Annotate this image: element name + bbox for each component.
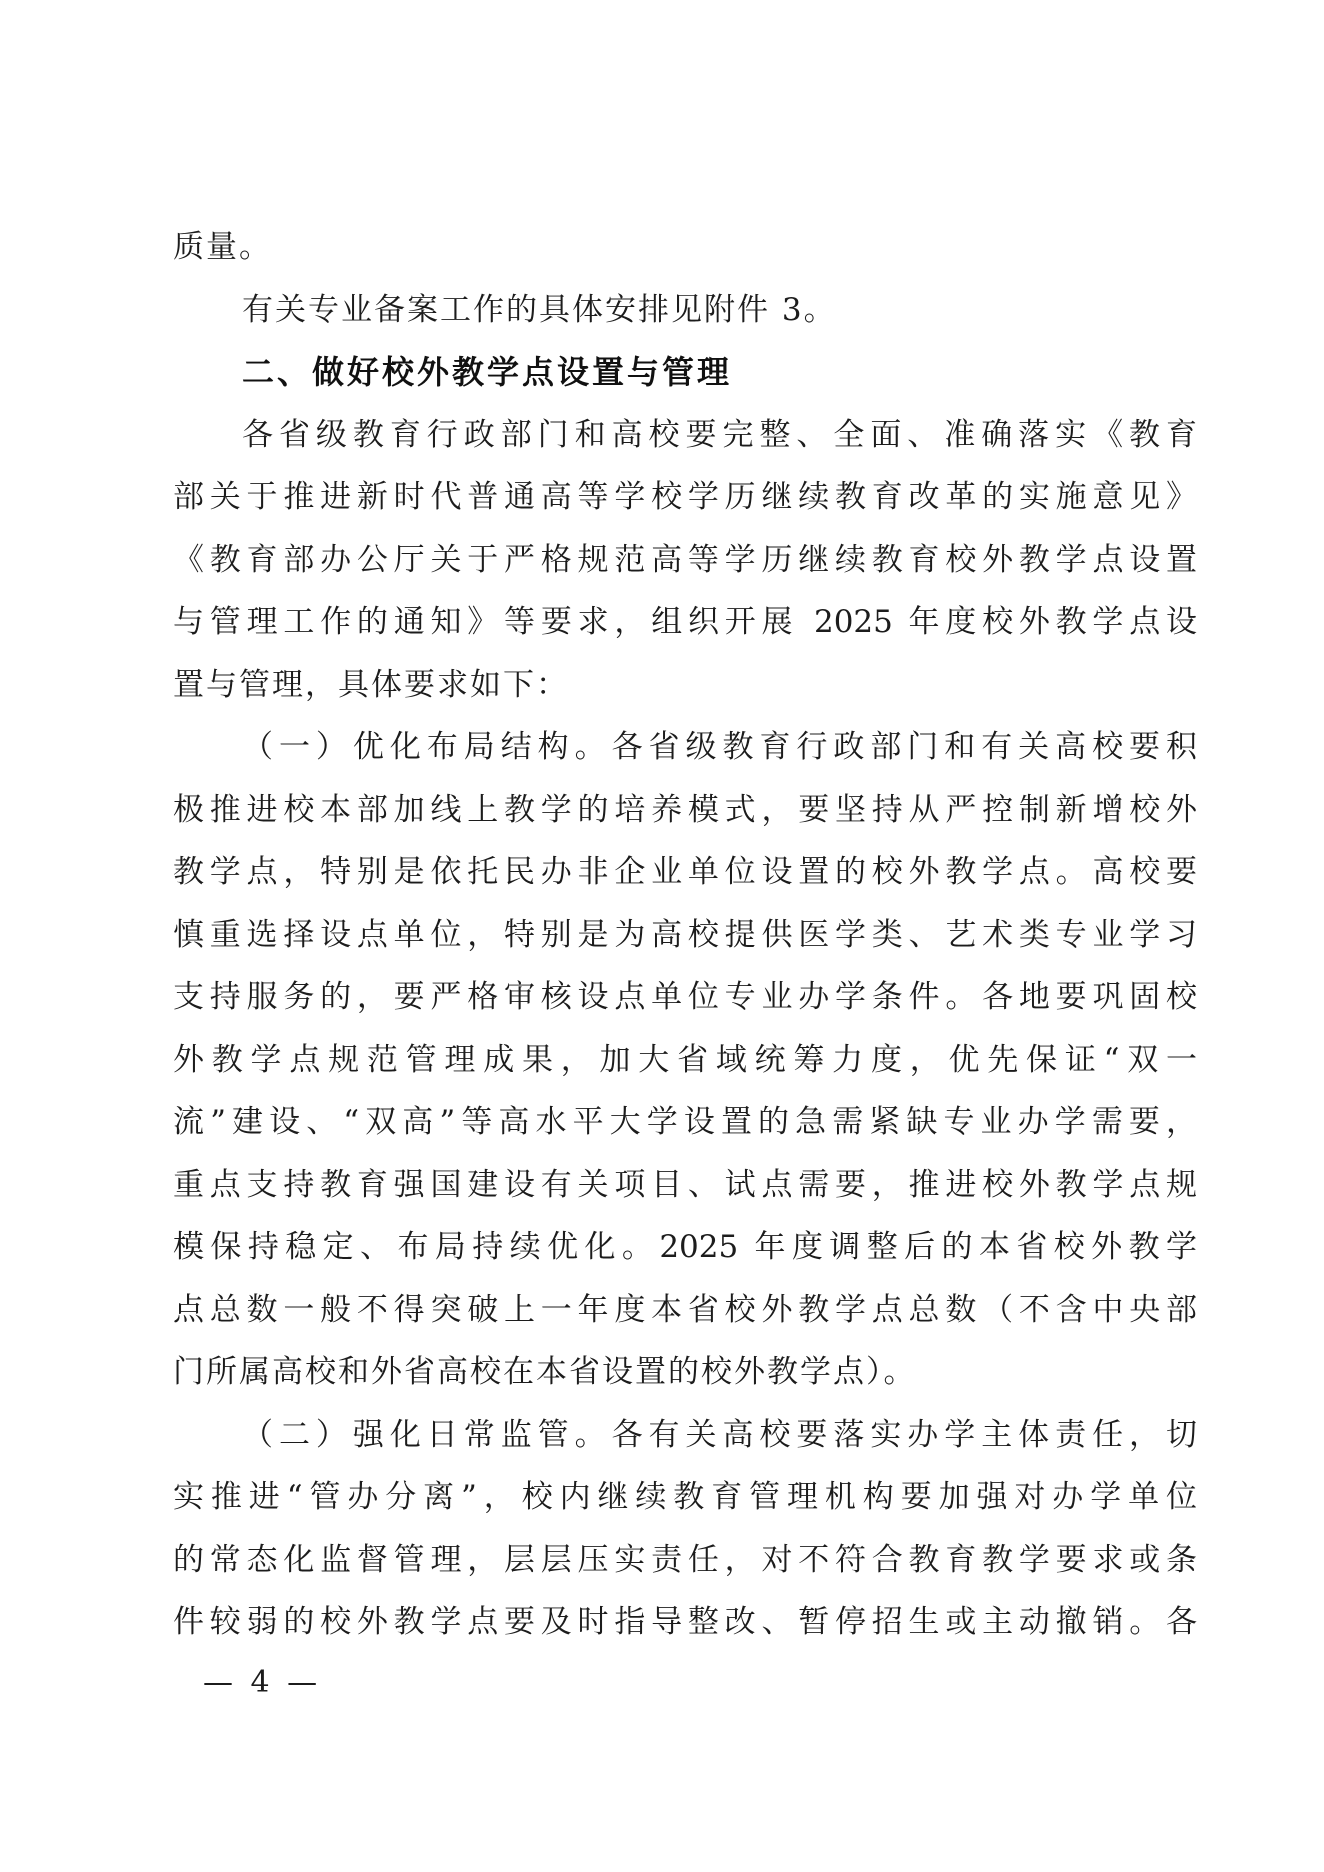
- document-body: 质量。 有关专业备案工作的具体安排见附件 3。 二、做好校外教学点设置与管理 各…: [173, 216, 1197, 1654]
- text-line: 的常态化监督管理，层层压实责任，对不符合教育教学要求或条: [173, 1529, 1197, 1592]
- document-page: 质量。 有关专业备案工作的具体安排见附件 3。 二、做好校外教学点设置与管理 各…: [0, 0, 1324, 1872]
- text-line: 与管理工作的通知》等要求，组织开展 2025 年度校外教学点设: [173, 591, 1197, 654]
- text-line: 置与管理，具体要求如下：: [173, 654, 1197, 717]
- text-line: 重点支持教育强国建设有关项目、试点需要，推进校外教学点规: [173, 1154, 1197, 1217]
- text-line: 各省级教育行政部门和高校要完整、全面、准确落实《教育: [173, 404, 1197, 467]
- section-heading: 二、做好校外教学点设置与管理: [173, 341, 1197, 404]
- text-line: 极推进校本部加线上教学的培养模式，要坚持从严控制新增校外: [173, 779, 1197, 842]
- text-line: 实推进“管办分离”，校内继续教育管理机构要加强对办学单位: [173, 1466, 1197, 1529]
- text-line: （一）优化布局结构。各省级教育行政部门和有关高校要积: [173, 716, 1197, 779]
- text-line: 慎重选择设点单位，特别是为高校提供医学类、艺术类专业学习: [173, 904, 1197, 967]
- text-line: （二）强化日常监管。各有关高校要落实办学主体责任，切: [173, 1404, 1197, 1467]
- text-line: 点总数一般不得突破上一年度本省校外教学点总数（不含中央部: [173, 1279, 1197, 1342]
- text-line: 部关于推进新时代普通高等学校学历继续教育改革的实施意见》: [173, 466, 1197, 529]
- page-number: — 4 —: [203, 1652, 321, 1715]
- text-line: 流”建设、“双高”等高水平大学设置的急需紧缺专业办学需要，: [173, 1091, 1197, 1154]
- text-line: 教学点，特别是依托民办非企业单位设置的校外教学点。高校要: [173, 841, 1197, 904]
- text-line: 外教学点规范管理成果，加大省域统筹力度，优先保证“双一: [173, 1029, 1197, 1092]
- text-line: 件较弱的校外教学点要及时指导整改、暂停招生或主动撤销。各: [173, 1591, 1197, 1654]
- text-line: 有关专业备案工作的具体安排见附件 3。: [173, 279, 1197, 342]
- text-line: 支持服务的，要严格审核设点单位专业办学条件。各地要巩固校: [173, 966, 1197, 1029]
- text-line: 模保持稳定、布局持续优化。2025 年度调整后的本省校外教学: [173, 1216, 1197, 1279]
- text-line: 质量。: [173, 216, 1197, 279]
- text-line: 门所属高校和外省高校在本省设置的校外教学点）。: [173, 1341, 1197, 1404]
- text-line: 《教育部办公厅关于严格规范高等学历继续教育校外教学点设置: [173, 529, 1197, 592]
